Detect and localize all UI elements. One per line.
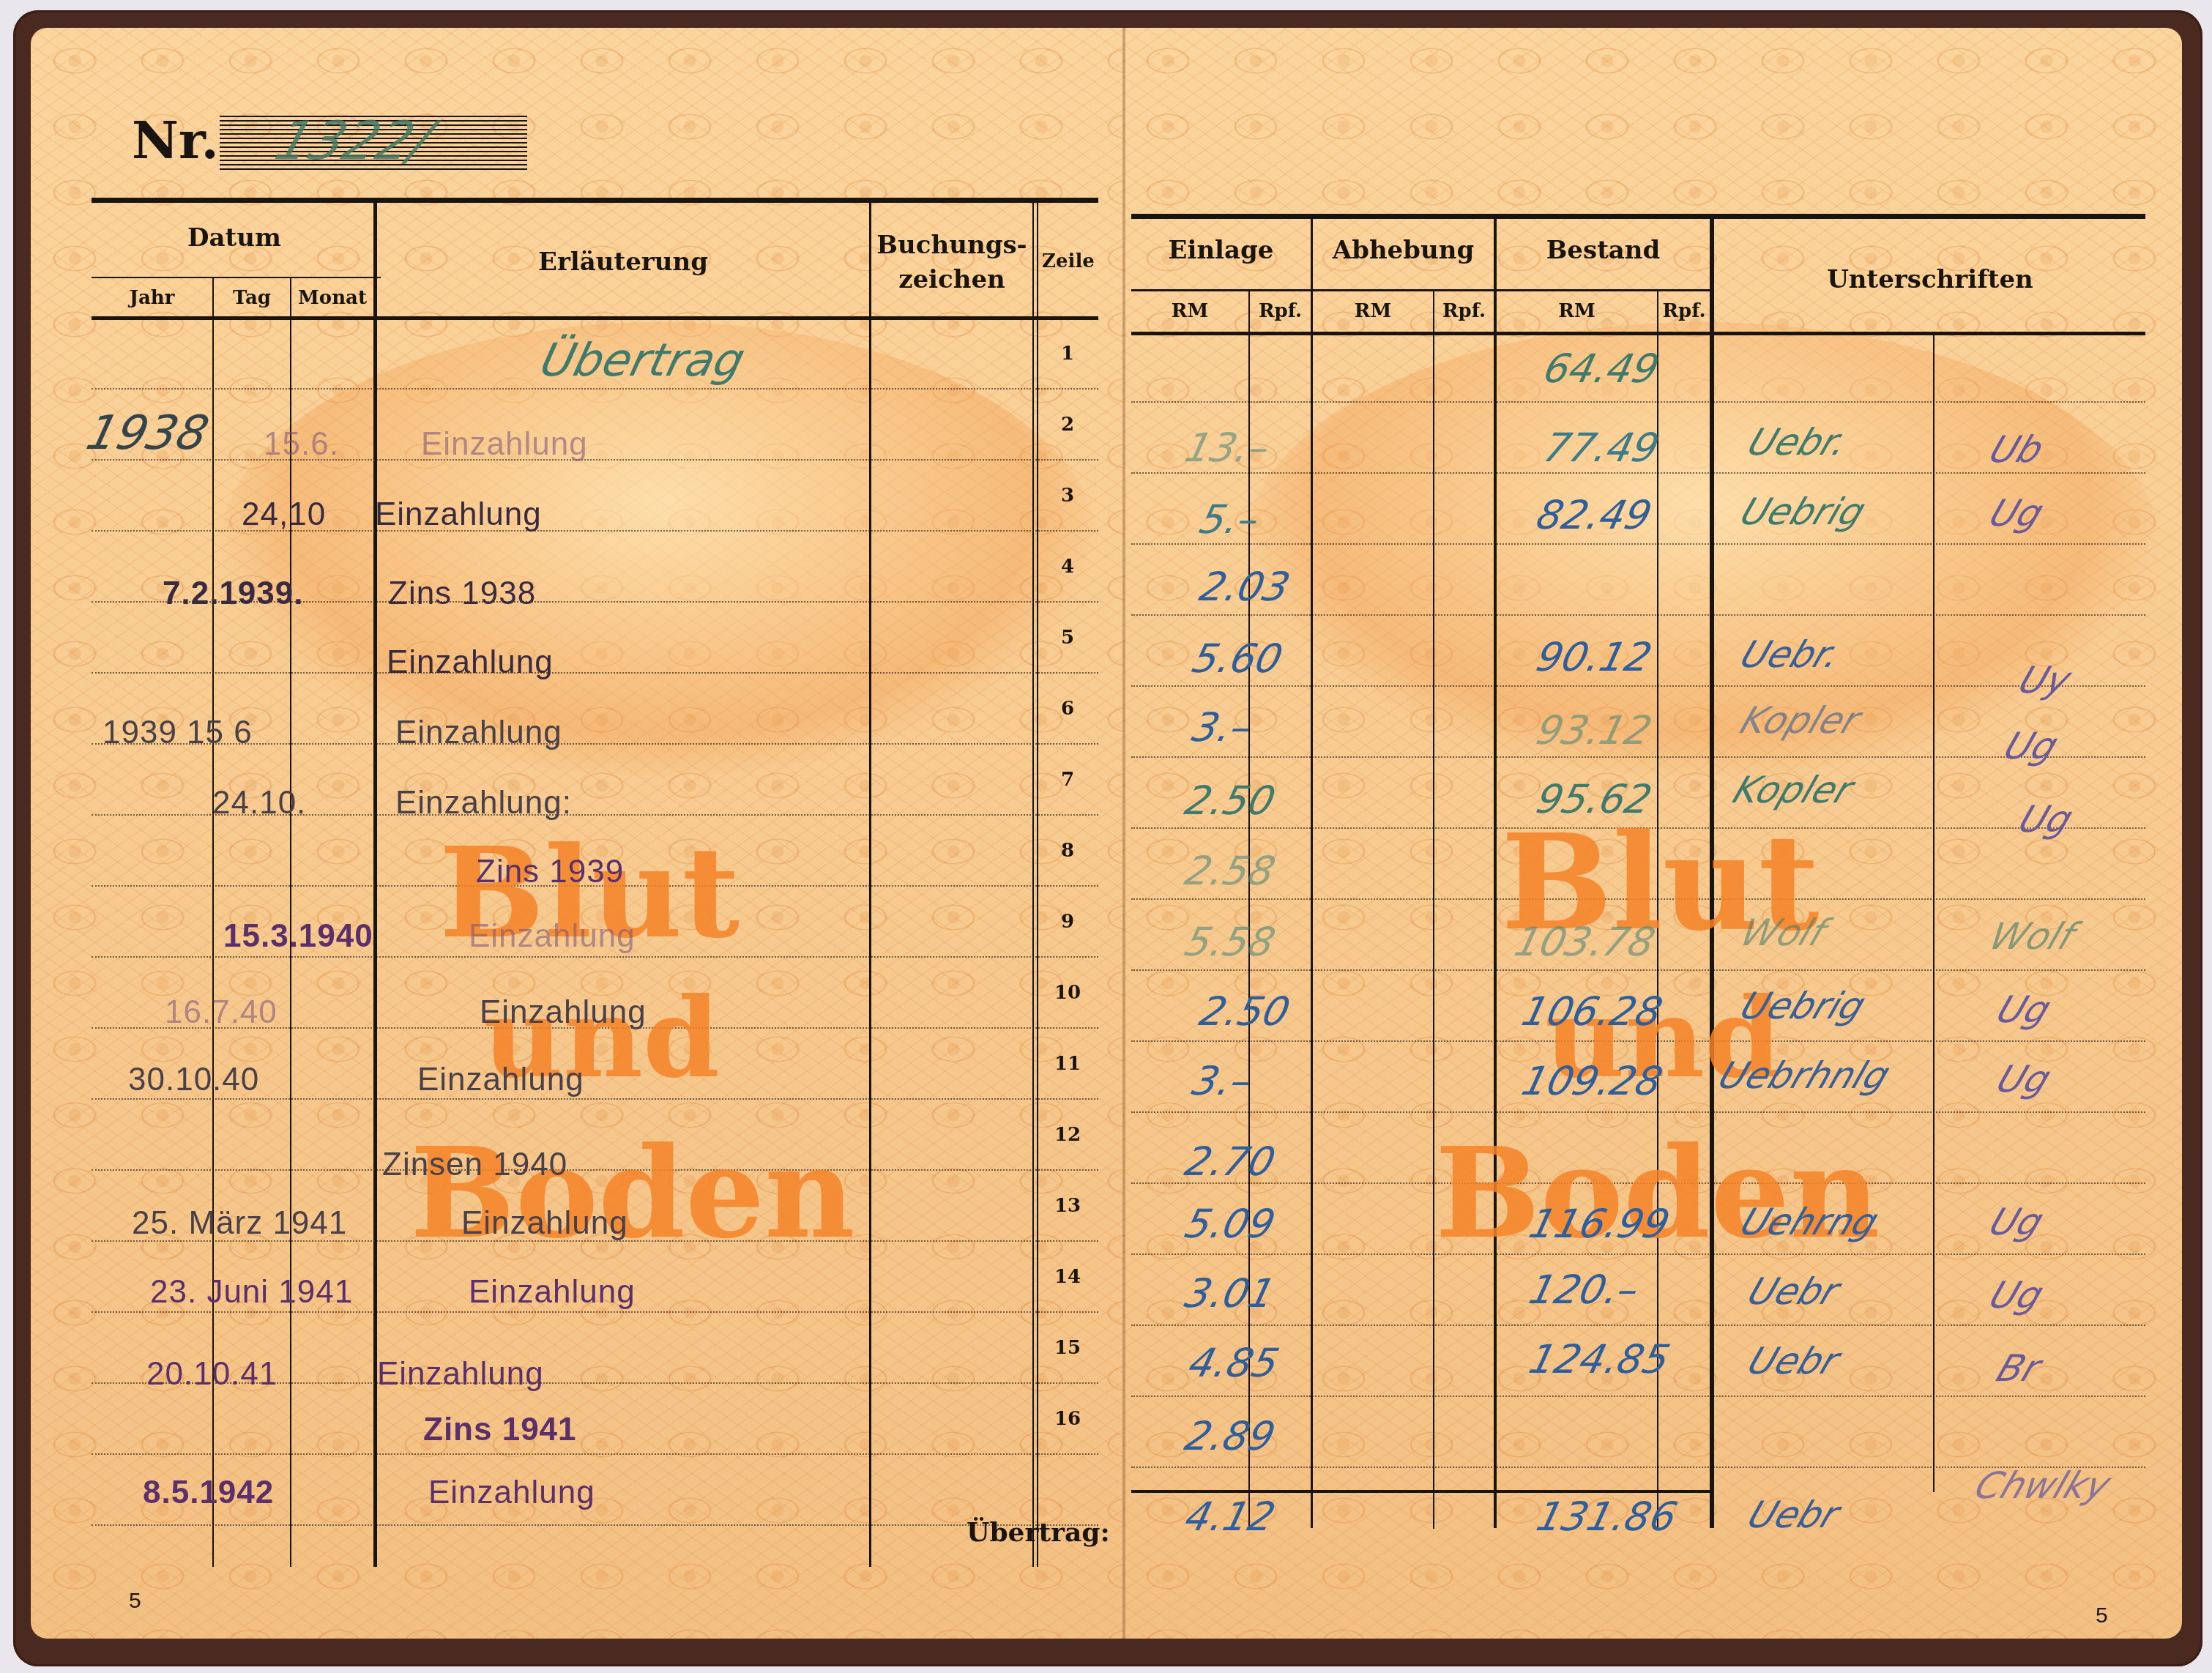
entry-text: Einzahlung — [469, 918, 636, 955]
signature: Uehrng — [1735, 1201, 1884, 1243]
einlage-amount: 4.85 — [1184, 1340, 1284, 1386]
row-rule — [1131, 1396, 2145, 1397]
header-bestand-rm: RM — [1497, 300, 1657, 322]
row-rule — [92, 1453, 1098, 1455]
signature: Uebrhnlg — [1713, 1054, 1896, 1097]
entry-text: Einzahlung — [387, 644, 554, 681]
number-value: 1322/ — [268, 110, 440, 171]
zeile-number: 5 — [1046, 627, 1090, 649]
header-erlaeuterung: Erläuterung — [377, 247, 869, 277]
entry-text: Einzahlung — [461, 1205, 628, 1242]
header-abhebung-rpf: Rpf. — [1434, 300, 1494, 322]
row-rule — [1131, 756, 2145, 758]
entry-date: 30.10.40 — [128, 1062, 259, 1098]
buchungszeichen-column-divider-2 — [1037, 201, 1038, 1567]
entry-date: 8.5.1942 — [143, 1475, 274, 1511]
entry-text: Einzahlung — [428, 1475, 595, 1511]
header-buchungszeichen-1: Buchungs- — [871, 231, 1032, 260]
entry-text: Einzahlung: — [395, 785, 572, 821]
zeile-number: 15 — [1046, 1337, 1090, 1359]
einlage-amount: 5.60 — [1188, 636, 1287, 682]
entry-date: 16.7.40 — [165, 994, 278, 1031]
entry-date: 7.2.1939. — [163, 575, 304, 612]
header-zeile: Zeile — [1038, 250, 1098, 272]
signature: Wolf — [1984, 915, 2081, 958]
entry-text: Zinsen 1940 — [382, 1147, 567, 1183]
row-rule — [92, 672, 1098, 674]
signature: Uebr — [1742, 1494, 1845, 1536]
zeile-number: 11 — [1046, 1053, 1090, 1075]
bestand-amount: 131.86 — [1532, 1494, 1682, 1540]
signature: Kopler — [1727, 769, 1859, 811]
zeile-number: 1 — [1046, 343, 1090, 365]
entry-text: Einzahlung — [469, 1274, 636, 1311]
entry-text: Einzahlung — [377, 1356, 544, 1393]
bestand-amount: 106.28 — [1517, 988, 1667, 1035]
zeile-number: 14 — [1046, 1266, 1090, 1288]
header-einlage: Einlage — [1131, 236, 1311, 265]
einlage-amount: 2.50 — [1180, 778, 1280, 824]
buchungszeichen-column-divider — [1032, 201, 1034, 1567]
watermark-boden: Boden — [410, 1120, 855, 1267]
bestand-amount: 103.78 — [1510, 919, 1660, 965]
datum-subheader-rule — [92, 277, 381, 278]
header-buchungszeichen-2: zeichen — [871, 265, 1032, 294]
header-unterschriften: Unterschriften — [1714, 265, 2146, 294]
signature: Chwlky — [1969, 1464, 2116, 1507]
einlage-amount: 3.– — [1188, 704, 1256, 750]
row-rule — [1131, 472, 2145, 474]
bestand-amount: 90.12 — [1532, 634, 1656, 680]
unterschriften-divider — [1933, 335, 1934, 1492]
signature: Uebrig — [1735, 985, 1871, 1027]
bestand-amount: 109.28 — [1517, 1058, 1667, 1104]
header-abhebung: Abhebung — [1313, 236, 1494, 265]
row-rule — [92, 388, 1098, 390]
zeile-number: 2 — [1046, 414, 1090, 436]
left-table-top-rule — [92, 198, 1098, 203]
bestand-amount: 124.85 — [1524, 1336, 1675, 1382]
entry-text: Zins 1939 — [476, 854, 624, 890]
entry-date: 15.6. — [264, 426, 339, 463]
row-rule — [92, 459, 1098, 461]
zeile-number: 6 — [1046, 698, 1090, 720]
zeile-number: 3 — [1046, 485, 1090, 507]
entry-text: Zins 1941 — [423, 1412, 577, 1448]
einlage-amount: 5.58 — [1180, 919, 1280, 965]
header-einlage-rpf: Rpf. — [1250, 300, 1311, 322]
uebertrag-label: Übertrag: — [967, 1517, 1110, 1548]
bestand-amount: 116.99 — [1524, 1201, 1675, 1247]
row-rule — [1131, 969, 2145, 971]
erlaeuterung-column-divider — [869, 201, 871, 1567]
row-rule — [1131, 401, 2145, 403]
einlage-amount: 5.09 — [1180, 1201, 1280, 1247]
entry-date: 1939 15 6 — [103, 715, 253, 751]
zeile-number: 4 — [1046, 556, 1090, 578]
zeile-number: 16 — [1046, 1408, 1090, 1430]
zeile-number: 10 — [1046, 982, 1090, 1004]
bestand-amount: 93.12 — [1532, 707, 1656, 753]
signature: Uebr — [1742, 1270, 1845, 1313]
einlage-amount: 2.70 — [1180, 1139, 1280, 1185]
header-bestand-rpf: Rpf. — [1658, 300, 1710, 322]
einlage-amount: 5.– — [1195, 496, 1264, 543]
zeile-number: 9 — [1046, 911, 1090, 933]
bestand-amount: 77.49 — [1539, 425, 1664, 471]
row-rule — [1131, 614, 2145, 616]
signature: Uebr — [1742, 1340, 1845, 1382]
eagle-illustration-right — [1245, 322, 2160, 776]
number-label: Nr. — [132, 110, 219, 171]
bestand-amount: 82.49 — [1532, 492, 1656, 538]
einlage-amount: 2.58 — [1180, 848, 1280, 894]
amount-subheader-rule — [1131, 289, 1710, 291]
einlage-amount: 13.– — [1180, 425, 1275, 471]
right-table-bottom-rule — [1131, 1490, 1710, 1493]
header-abhebung-rm: RM — [1313, 300, 1433, 322]
bestand-amount: 64.49 — [1539, 346, 1664, 392]
row-rule — [1131, 1111, 2145, 1113]
header-monat: Monat — [291, 287, 373, 309]
right-table-header-rule — [1131, 332, 2145, 335]
header-datum: Datum — [92, 223, 377, 253]
signature: Wolf — [1735, 912, 1832, 954]
entry-text-handwritten: Übertrag — [535, 333, 751, 387]
year-note: 1938 — [81, 406, 214, 461]
entry-date: 24,10 — [242, 496, 326, 533]
row-rule — [1131, 685, 2145, 687]
einlage-amount: 2.89 — [1180, 1413, 1280, 1459]
signature: Kopler — [1735, 699, 1866, 742]
zeile-number: 7 — [1046, 769, 1090, 791]
einlage-amount: 3.– — [1188, 1058, 1256, 1104]
header-bestand: Bestand — [1497, 236, 1710, 265]
entry-date: 15.3.1940 — [223, 918, 373, 955]
entry-date: 24.10. — [212, 785, 306, 821]
bestand-amount: 120.– — [1524, 1267, 1644, 1313]
book-spine — [1122, 28, 1125, 1639]
header-tag: Tag — [214, 287, 290, 309]
bestand-amount: 95.62 — [1532, 776, 1656, 822]
signature: Uebrig — [1735, 491, 1871, 533]
header-einlage-rm: RM — [1131, 300, 1248, 322]
page-number-left: 5 — [129, 1589, 141, 1614]
abhebung-column-divider — [1494, 217, 1497, 1528]
einlage-amount: 2.03 — [1195, 564, 1295, 610]
entry-text: Einzahlung — [395, 715, 562, 751]
signature: Uebr. — [1742, 421, 1853, 463]
header-jahr: Jahr — [92, 287, 212, 309]
entry-date: 23. Juni 1941 — [150, 1274, 353, 1311]
zeile-number: 13 — [1046, 1195, 1090, 1217]
row-rule — [92, 1311, 1098, 1313]
row-rule — [92, 1524, 1098, 1526]
eagle-illustration-left — [220, 322, 1098, 776]
entry-date: 25. März 1941 — [132, 1205, 347, 1242]
row-rule — [1131, 1324, 2145, 1326]
signature: Uebr. — [1735, 633, 1846, 676]
zeile-number: 12 — [1046, 1124, 1090, 1146]
right-table-top-rule — [1131, 214, 2145, 219]
entry-text: Zins 1938 — [388, 575, 536, 612]
entry-text: Einzahlung — [480, 994, 647, 1031]
entry-date: 20.10.41 — [146, 1356, 278, 1393]
page-number-right: 5 — [2096, 1603, 2108, 1628]
left-table-header-rule — [92, 316, 1098, 320]
entry-text: Einzahlung — [375, 496, 542, 533]
abhebung-rpf-divider — [1433, 291, 1434, 1529]
einlage-amount: 4.12 — [1180, 1494, 1280, 1540]
row-rule — [1131, 543, 2145, 545]
zeile-number: 8 — [1046, 840, 1090, 862]
einlage-amount: 2.50 — [1195, 988, 1295, 1035]
entry-text: Einzahlung — [421, 426, 588, 463]
einlage-amount: 3.01 — [1180, 1270, 1280, 1316]
einlage-column-divider — [1311, 217, 1313, 1528]
entry-text: Einzahlung — [417, 1062, 584, 1098]
